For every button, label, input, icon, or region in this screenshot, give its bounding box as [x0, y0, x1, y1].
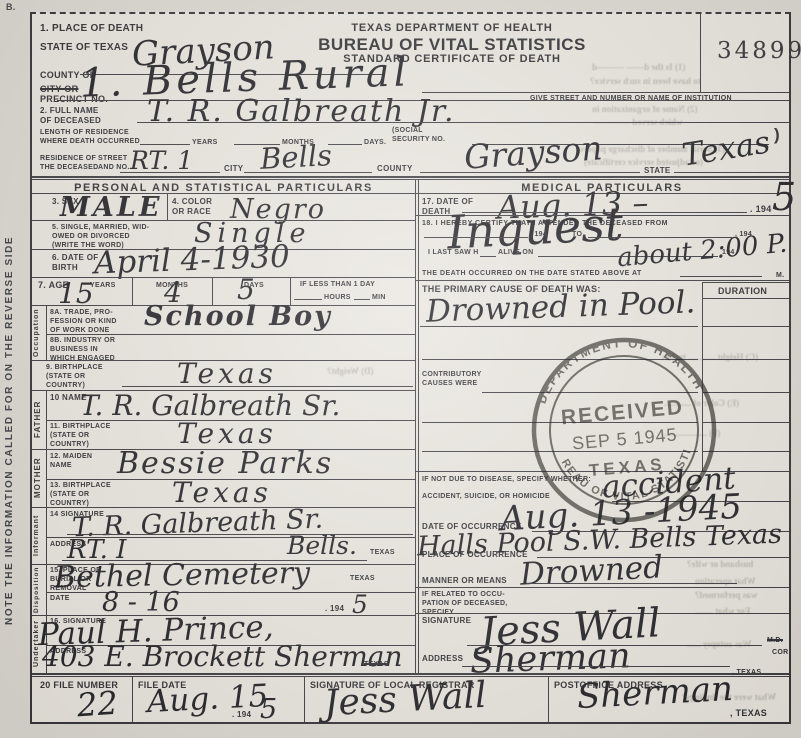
received-stamp: DEPARTMENT OF HEALTH BUREAU OF VITAL STA…	[521, 327, 727, 533]
rule-line	[680, 276, 762, 277]
rule-line	[420, 172, 640, 173]
occurred-label: THE DEATH OCCURRED ON THE DATE STATED AB…	[422, 269, 642, 278]
mother-name-label: 12. MAIDEN NAME	[50, 452, 92, 470]
cor-label: COR	[772, 648, 788, 657]
certify-to-label: TO	[572, 230, 582, 239]
duration-label: DURATION	[718, 286, 767, 298]
county2-label: COUNTY	[377, 164, 413, 174]
state-label: STATE OF TEXAS	[40, 41, 128, 54]
birthplace-label: 9. BIRTHPLACE (STATE OR COUNTRY)	[46, 363, 103, 390]
burial-date-suffix-handwritten: 5	[352, 594, 368, 617]
rule-line	[46, 334, 415, 335]
rule-line	[674, 172, 789, 173]
divider	[700, 14, 701, 92]
bleedthrough-text: husband or wife?	[687, 559, 753, 569]
rule-line	[424, 237, 528, 238]
street-and-no-label: STREET AND NO.	[98, 154, 130, 172]
column-divider	[415, 179, 416, 673]
file-number-handwritten: 22	[76, 689, 119, 721]
certify-194a-label: , 194	[530, 230, 547, 239]
rule-line	[140, 144, 190, 145]
rule-line	[702, 282, 789, 283]
city-handwritten: Bells	[259, 142, 332, 172]
divider	[548, 676, 549, 722]
bleedthrough-text: was performed?	[695, 590, 757, 600]
disposition-side-label: Disposition	[33, 564, 40, 615]
rule-line	[294, 299, 322, 300]
undertaker-addr-state-label: TEXAS	[364, 660, 389, 669]
divider	[167, 193, 168, 220]
bleedthrough-text: Was autopsy ......	[687, 639, 752, 649]
manner-handwritten: Drowned	[519, 554, 663, 589]
rule-line	[415, 280, 789, 281]
father-name-handwritten: T. R. Galbreath Sr.	[80, 393, 340, 418]
death-certificate-scan: NOTE THE INFORMATION CALLED FOR ON THE R…	[0, 0, 801, 738]
registrar-handwritten: Jess Wall	[323, 680, 487, 721]
length-residence-label: LENGTH OF RESIDENCE WHERE DEATH OCCURRED	[40, 128, 140, 146]
dod-year-suffix-handwritten: 5	[772, 180, 796, 214]
state-handwritten: Texas	[680, 129, 772, 170]
burial-date-label: DATE	[50, 594, 70, 603]
bleedthrough-text: (D) Weight?	[327, 366, 374, 376]
rule-line	[702, 326, 789, 327]
rule-line	[137, 122, 789, 123]
informant-side-label: Informant	[33, 507, 40, 564]
dob-handwritten: April 4-1930	[94, 244, 291, 279]
certificate-body: (1) Is the d—— ———d to have been in such…	[30, 12, 791, 724]
undertaker-addr-handwritten: 403 E. Brockett Sherman	[42, 644, 402, 669]
full-name-label: 2. FULL NAME OF DECEASED	[40, 106, 101, 127]
divider	[132, 277, 133, 305]
last-saw-label: I LAST SAW H	[428, 248, 479, 257]
father-side-label: FATHER	[33, 390, 42, 449]
informant-addr-city-handwritten: Bells.	[287, 535, 357, 558]
burial-handwritten: Bethel Cemetery	[54, 560, 311, 591]
age-years-handwritten: 15	[58, 281, 94, 306]
file-date-printed: . 194	[232, 710, 251, 720]
contributory-label: CONTRIBUTORY CAUSES WERE	[422, 370, 482, 388]
mother-bp-handwritten: Texas	[172, 480, 272, 505]
dod-printed-194: . 194	[750, 204, 772, 216]
rule-line	[415, 587, 789, 588]
attended-handwritten: Inquest	[446, 203, 624, 254]
rule-line	[702, 359, 789, 360]
primary-cause-handwritten: Drowned in Pool.	[426, 289, 696, 326]
bleedthrough-text: For what ........	[695, 606, 750, 616]
mother-bp-label: 13. BIRTHPLACE (STATE OR COUNTRY)	[50, 481, 111, 508]
occupation-side-label: Occupation	[33, 305, 40, 360]
place-of-death-label: 1. PLACE OF DEATH	[40, 22, 143, 35]
bleedthrough-text: (2) Name of organization in	[592, 104, 698, 114]
bleedthrough-text: What operation	[695, 576, 756, 586]
divider	[46, 507, 47, 564]
divider	[46, 305, 47, 360]
paren-glyph: )	[774, 124, 780, 146]
postoffice-handwritten: Sherman	[576, 674, 733, 713]
rule-line	[354, 299, 370, 300]
rule-line	[702, 298, 789, 299]
scan-artifact: B.	[6, 2, 16, 14]
rule-line	[122, 386, 413, 387]
trade-label: 8A. TRADE, PRO- FESSION OR KIND OF WORK …	[50, 308, 117, 335]
divider	[32, 176, 789, 178]
rule-line	[420, 326, 698, 327]
full-name-handwritten: T. R. Galbreath Jr.	[147, 98, 455, 125]
trade-handwritten: School Boy	[144, 305, 332, 329]
age-days-handwritten: 5	[237, 277, 255, 302]
burial-state-label: TEXAS	[350, 574, 375, 583]
street-handwritten: RT. 1	[130, 150, 193, 173]
sex-handwritten: MALE	[60, 196, 162, 220]
rule-line	[527, 583, 737, 584]
occurred-m-label: M.	[776, 271, 784, 280]
informant-addr-state-label: TEXAS	[370, 548, 395, 557]
divider	[46, 449, 47, 507]
rule-line	[328, 144, 362, 145]
certificate-number: 34899	[717, 38, 801, 64]
manner-label: MANNER OR MEANS	[422, 576, 507, 586]
alive-on-label: ALIVE ON	[498, 248, 533, 257]
file-date-suffix-handwritten: 5	[260, 698, 277, 722]
divider	[32, 179, 789, 180]
days-label: DAYS.	[364, 138, 386, 147]
divider	[132, 676, 133, 722]
residence-label: RESIDENCE OF THE DECEASED	[40, 154, 98, 172]
father-bp-handwritten: Texas	[177, 421, 277, 446]
column-divider	[418, 179, 419, 673]
dob-label: 6. DATE OF BIRTH	[52, 253, 98, 274]
death-time-handwritten: about 2:00 P.	[616, 233, 788, 271]
burial-date-printed: . 194	[325, 604, 344, 614]
bleedthrough-text: to have been in such service?	[590, 76, 701, 86]
divider	[304, 676, 305, 722]
postoffice-state-label: , TEXAS	[730, 708, 767, 720]
mother-side-label: MOTHER	[33, 449, 42, 507]
rule-line	[462, 666, 730, 667]
birthplace-handwritten: Texas	[177, 361, 277, 386]
social-security-label: (SOCIAL SECURITY NO.	[392, 126, 445, 144]
rule-line	[244, 172, 372, 173]
margin-note: NOTE THE INFORMATION CALLED FOR ON THE R…	[4, 155, 15, 625]
age-years-label: YEARS	[90, 281, 116, 290]
city-label: CITY	[224, 164, 243, 174]
race-label: 4. COLOR OR RACE	[172, 197, 212, 218]
age-less-label: IF LESS THAN 1 DAY	[300, 280, 375, 289]
state2-label: STATE	[644, 166, 671, 176]
stamp-date-text: SEP 5 1945	[571, 424, 678, 453]
father-bp-label: 11. BIRTHPLACE (STATE OR COUNTRY)	[50, 422, 111, 449]
min-label: MIN	[372, 293, 386, 302]
rule-line	[120, 172, 220, 173]
stamp-texas-text: TEXAS	[588, 455, 666, 481]
dept-line3: STANDARD CERTIFICATE OF DEATH	[282, 52, 622, 66]
divider	[46, 564, 47, 615]
street-note-label: GIVE STREET AND NUMBER OR NAME OF INSTIT…	[530, 94, 732, 103]
md-label: M.D.	[767, 636, 783, 645]
years-label: YEARS	[192, 138, 218, 147]
rule-line	[480, 256, 496, 257]
rule-line	[422, 92, 789, 93]
mother-name-handwritten: Bessie Parks	[117, 450, 333, 477]
medical-address-label: ADDRESS	[422, 654, 463, 664]
county2-handwritten: Grayson	[463, 133, 603, 172]
medical-signature-label: SIGNATURE	[422, 616, 471, 626]
